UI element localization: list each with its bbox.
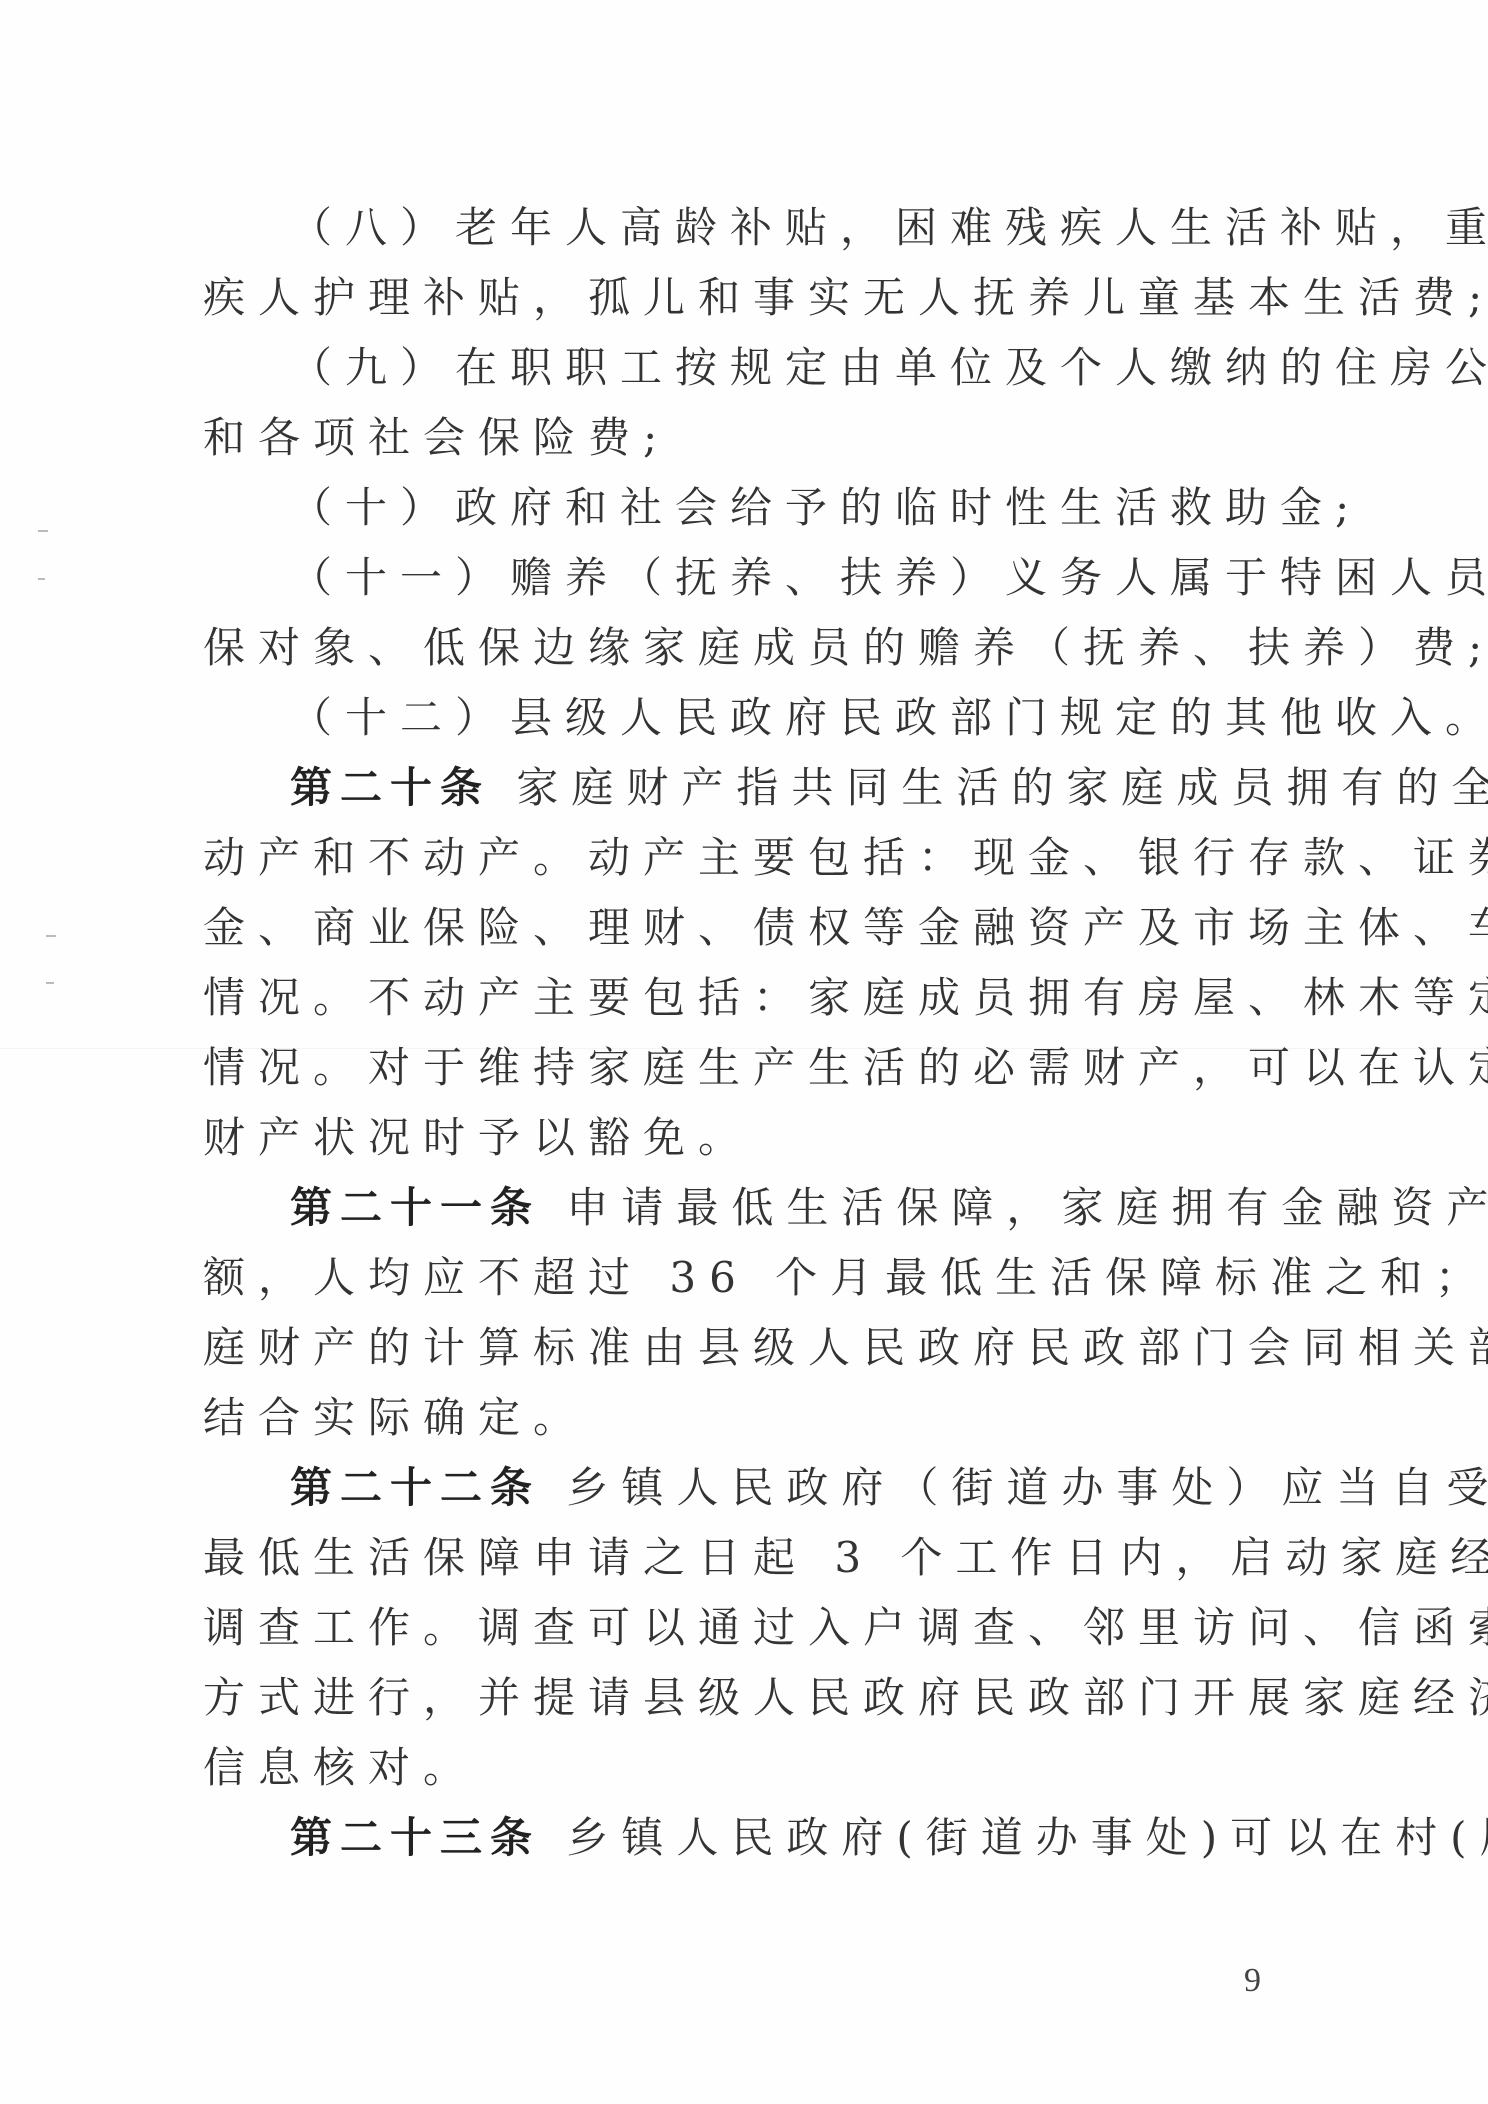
text-line: 最低生活保障申请之日起 3 个工作日内，启动家庭经济状况: [203, 1523, 1283, 1593]
line-text: （八）老年人高龄补贴，困难残疾人生活补贴，重度残: [290, 203, 1488, 252]
text-line: 情况。对于维持家庭生产生活的必需财产，可以在认定家庭: [203, 1033, 1283, 1103]
line-text: （十二）县级人民政府民政部门规定的其他收入。: [290, 693, 1488, 742]
article-line: 第二十一条 申请最低生活保障，家庭拥有金融资产总: [203, 1173, 1283, 1243]
line-text: 家庭财产指共同生活的家庭成员拥有的全部: [490, 763, 1488, 812]
text-line: （八）老年人高龄补贴，困难残疾人生活补贴，重度残: [203, 193, 1283, 263]
text-line: 方式进行，并提请县级人民政府民政部门开展家庭经济状况: [203, 1663, 1283, 1733]
scan-margin-mark: [38, 530, 48, 532]
text-line: 疾人护理补贴，孤儿和事实无人抚养儿童基本生活费;: [203, 263, 1283, 333]
document-body: （八）老年人高龄补贴，困难残疾人生活补贴，重度残疾人护理补贴，孤儿和事实无人抚养…: [203, 193, 1283, 1873]
text-line: 动产和不动产。动产主要包括：现金、银行存款、证券、基: [203, 823, 1283, 893]
article-line: 第二十三条 乡镇人民政府(街道办事处)可以在村(居): [203, 1803, 1283, 1873]
line-text: 结合实际确定。: [203, 1393, 588, 1442]
article-heading: 第二十三条: [290, 1813, 540, 1862]
article-heading: 第二十二条: [290, 1463, 540, 1512]
text-line: （十二）县级人民政府民政部门规定的其他收入。: [203, 683, 1283, 753]
line-text: 申请最低生活保障，家庭拥有金融资产总: [540, 1183, 1488, 1232]
line-text: 庭财产的计算标准由县级人民政府民政部门会同相关部门: [203, 1323, 1488, 1372]
article-heading: 第二十条: [290, 763, 490, 812]
article-heading: 第二十一条: [290, 1183, 540, 1232]
line-text: 情况。对于维持家庭生产生活的必需财产，可以在认定家庭: [203, 1043, 1488, 1092]
article-line: 第二十二条 乡镇人民政府（街道办事处）应当自受理: [203, 1453, 1283, 1523]
text-line: 结合实际确定。: [203, 1383, 1283, 1453]
text-line: （十）政府和社会给予的临时性生活救助金;: [203, 473, 1283, 543]
text-line: （十一）赡养（抚养、扶养）义务人属于特困人员、低: [203, 543, 1283, 613]
article-line: 第二十条 家庭财产指共同生活的家庭成员拥有的全部: [203, 753, 1283, 823]
line-text: 疾人护理补贴，孤儿和事实无人抚养儿童基本生活费;: [203, 273, 1488, 322]
page-number: 9: [1244, 1962, 1261, 2000]
line-text: （十一）赡养（抚养、扶养）义务人属于特困人员、低: [290, 553, 1488, 602]
line-text: 方式进行，并提请县级人民政府民政部门开展家庭经济状况: [203, 1673, 1488, 1722]
line-text: 额，人均应不超过 36 个月最低生活保障标准之和；其他家: [203, 1253, 1488, 1302]
scan-margin-mark: [38, 578, 45, 580]
text-line: 和各项社会保险费;: [203, 403, 1283, 473]
scan-margin-mark: [46, 935, 56, 937]
line-text: 情况。不动产主要包括：家庭成员拥有房屋、林木等定着物: [203, 973, 1488, 1022]
text-line: 情况。不动产主要包括：家庭成员拥有房屋、林木等定着物: [203, 963, 1283, 1033]
text-line: 额，人均应不超过 36 个月最低生活保障标准之和；其他家: [203, 1243, 1283, 1313]
text-line: 金、商业保险、理财、债权等金融资产及市场主体、车辆等: [203, 893, 1283, 963]
text-line: 保对象、低保边缘家庭成员的赡养（抚养、扶养）费;: [203, 613, 1283, 683]
line-text: 金、商业保险、理财、债权等金融资产及市场主体、车辆等: [203, 903, 1488, 952]
line-text: 乡镇人民政府(街道办事处)可以在村(居): [540, 1813, 1488, 1862]
line-text: 财产状况时予以豁免。: [203, 1113, 753, 1162]
line-text: 保对象、低保边缘家庭成员的赡养（抚养、扶养）费;: [203, 623, 1488, 672]
line-text: 调查工作。调查可以通过入户调查、邻里访问、信函索证等: [203, 1603, 1488, 1652]
line-text: 动产和不动产。动产主要包括：现金、银行存款、证券、基: [203, 833, 1488, 882]
line-text: 乡镇人民政府（街道办事处）应当自受理: [540, 1463, 1488, 1512]
line-text: （十）政府和社会给予的临时性生活救助金;: [290, 483, 1362, 532]
document-page: （八）老年人高龄补贴，困难残疾人生活补贴，重度残疾人护理补贴，孤儿和事实无人抚养…: [0, 0, 1488, 2104]
text-line: （九）在职职工按规定由单位及个人缴纳的住房公积金: [203, 333, 1283, 403]
line-text: （九）在职职工按规定由单位及个人缴纳的住房公积金: [290, 343, 1488, 392]
line-text: 最低生活保障申请之日起 3 个工作日内，启动家庭经济状况: [203, 1533, 1488, 1582]
text-line: 信息核对。: [203, 1733, 1283, 1803]
line-text: 信息核对。: [203, 1743, 478, 1792]
line-text: 和各项社会保险费;: [203, 413, 670, 462]
text-line: 调查工作。调查可以通过入户调查、邻里访问、信函索证等: [203, 1593, 1283, 1663]
text-line: 庭财产的计算标准由县级人民政府民政部门会同相关部门: [203, 1313, 1283, 1383]
scan-margin-mark: [46, 982, 54, 984]
text-line: 财产状况时予以豁免。: [203, 1103, 1283, 1173]
